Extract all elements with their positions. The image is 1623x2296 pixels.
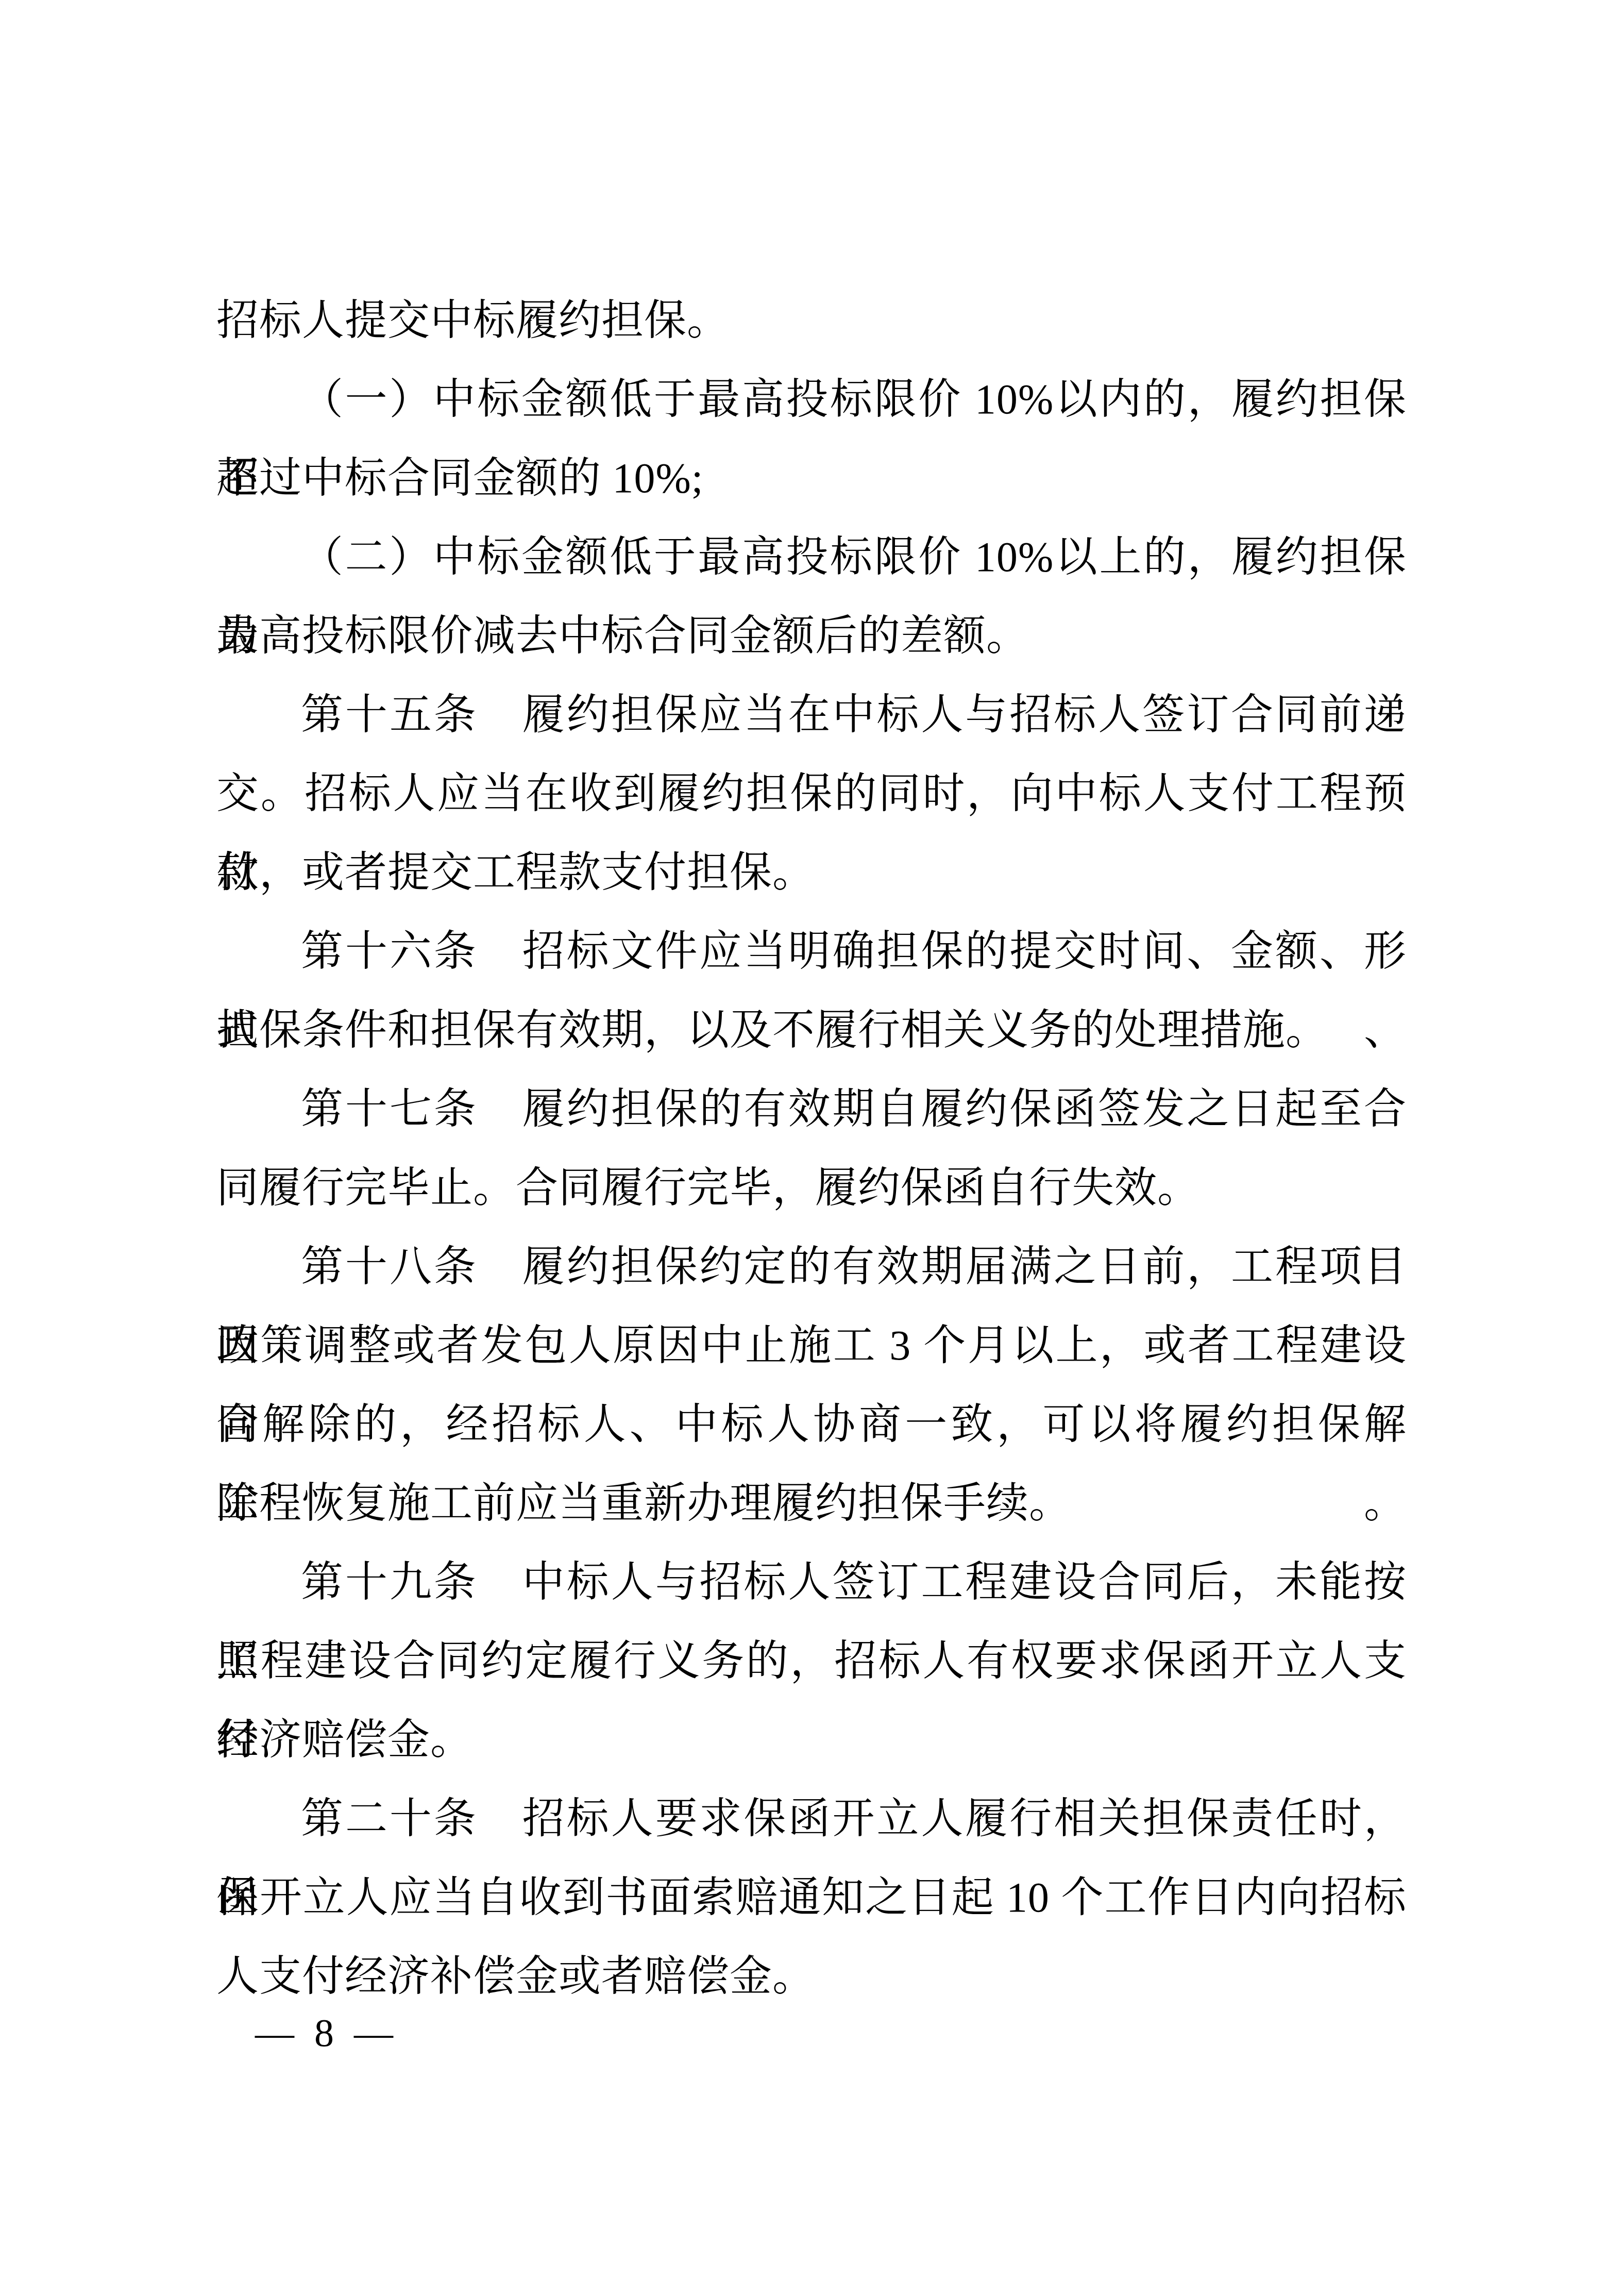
paragraph-line: 超过中标合同金额的 10%;	[216, 439, 1407, 517]
article-18-heading-line: 第十八条 履约担保约定的有效期届满之日前，工程项目因	[216, 1227, 1407, 1306]
document-body: 招标人提交中标履约担保。 （一）中标金额低于最高投标限价 10%以内的，履约担保…	[216, 281, 1407, 2016]
paragraph-line: 工程建设合同约定履行义务的，招标人有权要求保函开立人支付	[216, 1621, 1407, 1700]
paragraph-line: 最高投标限价减去中标合同金额后的差额。	[216, 596, 1407, 675]
paragraph-line: 经济赔偿金。	[216, 1700, 1407, 1779]
paragraph-line: （一）中标金额低于最高投标限价 10%以内的，履约担保不	[216, 360, 1407, 439]
article-19-heading-line: 第十九条 中标人与招标人签订工程建设合同后，未能按照	[216, 1543, 1407, 1621]
paragraph-line: 担保条件和担保有效期，以及不履行相关义务的处理措施。	[216, 991, 1407, 1069]
article-20-heading-line: 第二十条 招标人要求保函开立人履行相关担保责任时，保	[216, 1779, 1407, 1858]
article-16-heading-line: 第十六条 招标文件应当明确担保的提交时间、金额、形式、	[216, 912, 1407, 991]
paragraph-line: 招标人提交中标履约担保。	[216, 281, 1407, 360]
paragraph-line: 同解除的，经招标人、中标人协商一致，可以将履约担保解除。	[216, 1385, 1407, 1464]
paragraph-line: 交。招标人应当在收到履约担保的同时，向中标人支付工程预付	[216, 754, 1407, 833]
article-15-heading-line: 第十五条 履约担保应当在中标人与招标人签订合同前递	[216, 675, 1407, 754]
paragraph-line: 人支付经济补偿金或者赔偿金。	[216, 1937, 1407, 2016]
document-page: 招标人提交中标履约担保。 （一）中标金额低于最高投标限价 10%以内的，履约担保…	[0, 0, 1623, 2296]
paragraph-line: 政策调整或者发包人原因中止施工 3 个月以上，或者工程建设合	[216, 1306, 1407, 1385]
paragraph-line: 款，或者提交工程款支付担保。	[216, 833, 1407, 912]
paragraph-line: （二）中标金额低于最高投标限价 10%以上的，履约担保为	[216, 517, 1407, 596]
paragraph-line: 函开立人应当自收到书面索赔通知之日起 10 个工作日内向招标	[216, 1858, 1407, 1937]
page-number: — 8 —	[255, 2007, 398, 2059]
article-17-heading-line: 第十七条 履约担保的有效期自履约保函签发之日起至合	[216, 1069, 1407, 1148]
paragraph-line: 同履行完毕止。合同履行完毕，履约保函自行失效。	[216, 1148, 1407, 1227]
